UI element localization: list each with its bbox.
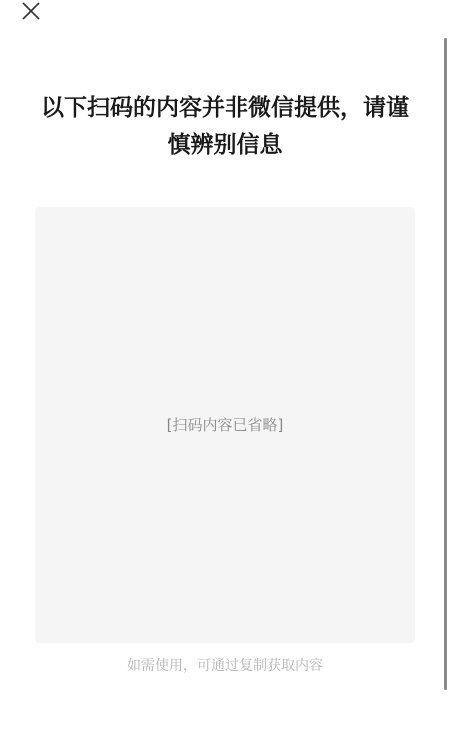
close-button[interactable] (20, 0, 42, 22)
close-icon (20, 0, 42, 22)
warning-title: 以下扫码的内容并非微信提供，请谨慎辨别信息 (30, 90, 420, 164)
scanned-content-box[interactable]: [扫码内容已省略] (35, 207, 415, 643)
scanned-content-text: [扫码内容已省略] (167, 413, 284, 437)
copy-hint: 如需使用，可通过复制获取内容 (35, 655, 415, 675)
scrollbar[interactable] (444, 38, 447, 690)
